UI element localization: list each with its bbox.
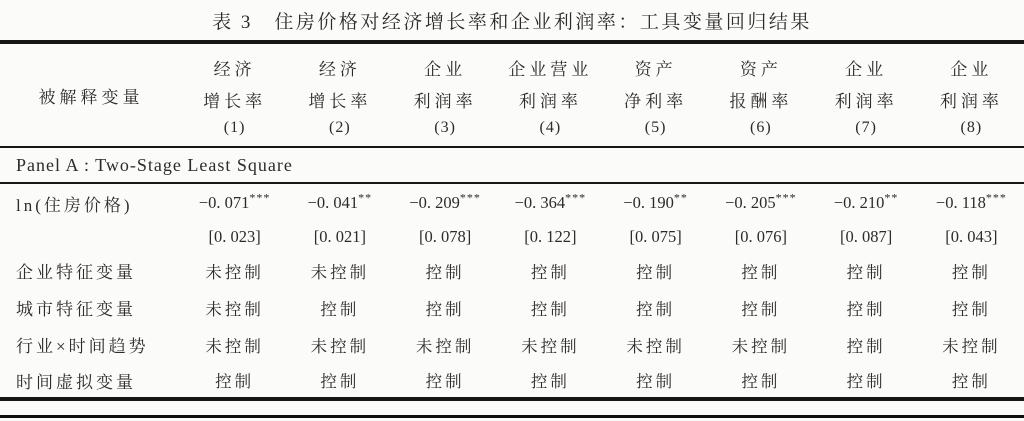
column-header-line1: 经济 <box>319 55 361 80</box>
control-value: 未控制 <box>708 333 813 357</box>
control-value: 未控制 <box>919 333 1024 357</box>
control-value: 未控制 <box>393 333 498 357</box>
se-cell-2: [0. 021] <box>287 227 392 247</box>
coef-value: −0. 364 <box>515 193 566 212</box>
table-header-row: 被解释变量 经济 增长率 (1) 经济 增长率 (2) 企业 利润率 (3) 企… <box>0 44 1024 146</box>
significance-stars: *** <box>460 191 481 205</box>
control-value: 未控制 <box>287 259 392 283</box>
significance-stars: ** <box>674 191 688 205</box>
significance-stars: ** <box>884 191 898 205</box>
control-value: 控制 <box>708 296 813 320</box>
standard-error-row: [0. 023] [0. 021] [0. 078] [0. 122] [0. … <box>0 222 1024 252</box>
control-value: 控制 <box>814 333 919 357</box>
column-number: (7) <box>855 119 877 137</box>
column-header-line2: 利润率 <box>519 87 582 112</box>
coef-value: −0. 118 <box>936 193 986 212</box>
se-cell-7: [0. 087] <box>814 227 919 247</box>
coef-value: −0. 205 <box>725 193 776 212</box>
control-value: 未控制 <box>182 333 287 357</box>
column-number: (8) <box>961 119 983 137</box>
significance-stars: *** <box>776 191 797 205</box>
column-header-4: 企业营业 利润率 (4) <box>498 44 603 146</box>
coef-cell-7: −0. 210** <box>814 193 919 213</box>
control-value: 控制 <box>393 296 498 320</box>
row-header-label: 被解释变量 <box>0 44 182 146</box>
control-value: 控制 <box>708 368 813 392</box>
control-value: 控制 <box>814 368 919 392</box>
coef-cell-3: −0. 209*** <box>393 193 498 213</box>
control-value: 控制 <box>603 296 708 320</box>
column-number: (5) <box>645 119 667 137</box>
control-value: 控制 <box>287 368 392 392</box>
control-value: 控制 <box>814 259 919 283</box>
column-number: (1) <box>224 119 246 137</box>
coef-cell-5: −0. 190** <box>603 193 708 213</box>
control-value: 未控制 <box>603 333 708 357</box>
column-header-5: 资产 净利率 (5) <box>603 44 708 146</box>
control-row-label: 城市特征变量 <box>0 295 182 320</box>
column-header-line1: 企业 <box>424 55 466 80</box>
coef-cell-2: −0. 041** <box>287 193 392 213</box>
column-header-line2: 增长率 <box>308 87 371 112</box>
column-number: (6) <box>750 119 772 137</box>
coef-cell-8: −0. 118*** <box>919 193 1024 213</box>
significance-stars: ** <box>358 191 372 205</box>
control-row-city-characteristics: 城市特征变量 未控制 控制 控制 控制 控制 控制 控制 控制 <box>0 289 1024 326</box>
control-row-label: 时间虚拟变量 <box>0 368 182 393</box>
column-header-line2: 利润率 <box>414 87 477 112</box>
control-value: 未控制 <box>182 259 287 283</box>
control-value: 控制 <box>498 368 603 392</box>
coefficient-row: ln(住房价格) −0. 071*** −0. 041** −0. 209***… <box>0 184 1024 222</box>
control-value: 控制 <box>393 368 498 392</box>
column-header-line2: 报酬率 <box>729 87 792 112</box>
column-header-line1: 企业营业 <box>508 55 592 80</box>
panel-a-label: Panel A : Two-Stage Least Square <box>16 155 293 176</box>
coef-row-label: ln(住房价格) <box>0 191 182 216</box>
se-cell-4: [0. 122] <box>498 227 603 247</box>
column-number: (3) <box>434 119 456 137</box>
column-number: (4) <box>540 119 562 137</box>
coef-value: −0. 071 <box>199 193 250 212</box>
bottom-whitespace <box>0 401 1024 415</box>
coef-value: −0. 210 <box>834 193 885 212</box>
column-header-7: 企业 利润率 (7) <box>814 44 919 146</box>
coef-value: −0. 209 <box>409 193 460 212</box>
coef-value: −0. 190 <box>623 193 674 212</box>
significance-stars: *** <box>986 191 1007 205</box>
control-value: 控制 <box>919 259 1024 283</box>
column-header-line2: 利润率 <box>940 87 1003 112</box>
coef-cell-4: −0. 364*** <box>498 193 603 213</box>
column-header-line2: 净利率 <box>624 87 687 112</box>
significance-stars: *** <box>249 191 270 205</box>
control-value: 控制 <box>498 296 603 320</box>
coef-cell-6: −0. 205*** <box>708 193 813 213</box>
panel-a-row: Panel A : Two-Stage Least Square <box>0 148 1024 182</box>
se-cell-1: [0. 023] <box>182 227 287 247</box>
column-header-1: 经济 增长率 (1) <box>182 44 287 146</box>
column-header-line2: 增长率 <box>203 87 266 112</box>
column-header-line1: 经济 <box>214 55 256 80</box>
coef-cell-1: −0. 071*** <box>182 193 287 213</box>
control-value: 控制 <box>919 296 1024 320</box>
se-cell-8: [0. 043] <box>919 227 1024 247</box>
control-value: 未控制 <box>498 333 603 357</box>
control-row-time-dummies: 时间虚拟变量 控制 控制 控制 控制 控制 控制 控制 控制 <box>0 363 1024 397</box>
column-number: (2) <box>329 119 351 137</box>
control-row-label: 行业×时间趋势 <box>0 332 182 357</box>
control-row-industry-time-trend: 行业×时间趋势 未控制 未控制 未控制 未控制 未控制 未控制 控制 未控制 <box>0 326 1024 363</box>
control-row-firm-characteristics: 企业特征变量 未控制 未控制 控制 控制 控制 控制 控制 控制 <box>0 252 1024 289</box>
control-value: 控制 <box>603 368 708 392</box>
significance-stars: *** <box>565 191 586 205</box>
control-value: 控制 <box>287 296 392 320</box>
column-header-6: 资产 报酬率 (6) <box>708 44 813 146</box>
column-header-line1: 资产 <box>635 55 677 80</box>
control-value: 未控制 <box>182 296 287 320</box>
control-value: 控制 <box>182 368 287 392</box>
paper-table-page: 表 3 住房价格对经济增长率和企业利润率：工具变量回归结果 被解释变量 经济 增… <box>0 0 1024 421</box>
se-cell-6: [0. 076] <box>708 227 813 247</box>
se-cell-5: [0. 075] <box>603 227 708 247</box>
page-bottom-rule <box>0 415 1024 418</box>
coef-value: −0. 041 <box>308 193 359 212</box>
column-header-line1: 企业 <box>845 55 887 80</box>
column-header-line1: 资产 <box>740 55 782 80</box>
control-value: 控制 <box>393 259 498 283</box>
se-cell-3: [0. 078] <box>393 227 498 247</box>
column-header-2: 经济 增长率 (2) <box>287 44 392 146</box>
control-row-label: 企业特征变量 <box>0 258 182 283</box>
column-header-line1: 企业 <box>950 55 992 80</box>
control-value: 控制 <box>603 259 708 283</box>
table-title: 表 3 住房价格对经济增长率和企业利润率：工具变量回归结果 <box>0 0 1024 40</box>
column-header-line2: 利润率 <box>835 87 898 112</box>
control-value: 未控制 <box>287 333 392 357</box>
control-value: 控制 <box>919 368 1024 392</box>
column-header-3: 企业 利润率 (3) <box>393 44 498 146</box>
control-value: 控制 <box>498 259 603 283</box>
column-header-8: 企业 利润率 (8) <box>919 44 1024 146</box>
control-value: 控制 <box>814 296 919 320</box>
control-value: 控制 <box>708 259 813 283</box>
